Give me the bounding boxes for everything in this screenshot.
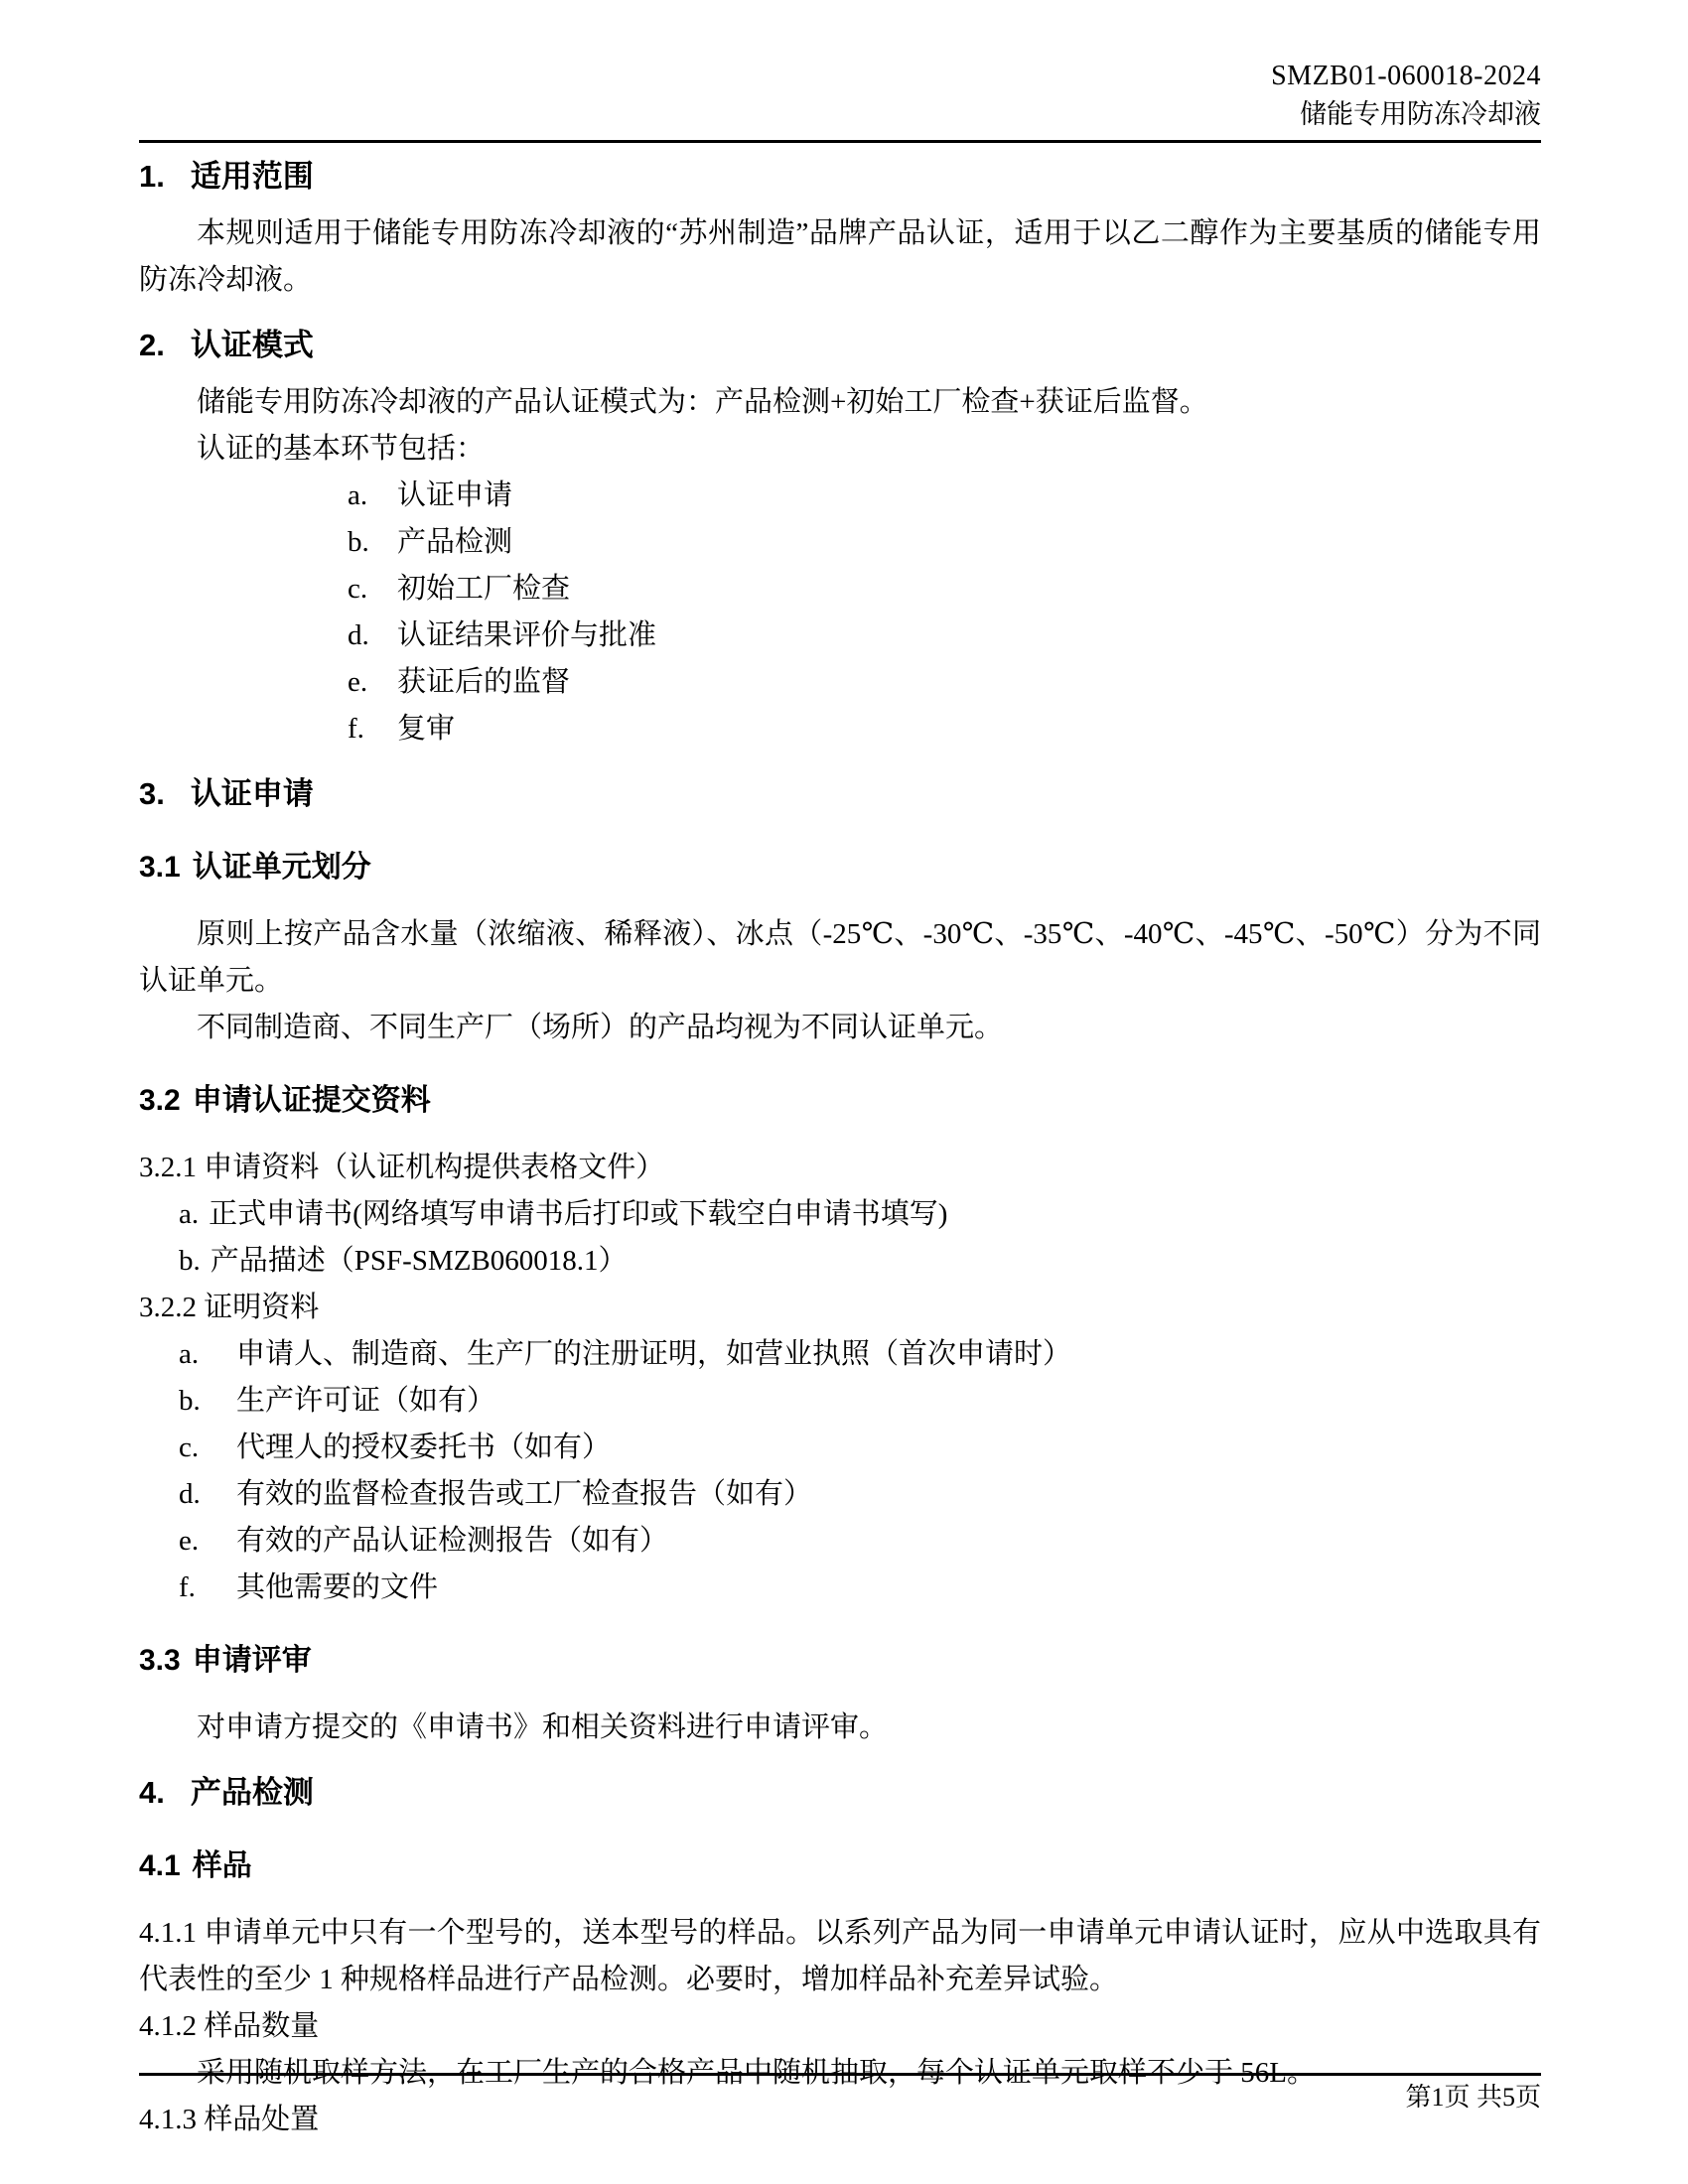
list-letter: c.: [348, 566, 397, 613]
list-letter: b.: [179, 1245, 201, 1277]
section-4-1-heading: 4.1样品: [139, 1843, 1541, 1890]
list-text: 生产许可证（如有）: [236, 1385, 495, 1417]
page-footer: 第1页 共5页: [139, 2073, 1541, 2116]
list-letter: c.: [179, 1425, 236, 1471]
section-3-1-number: 3.1: [139, 851, 181, 884]
section-3-3-title: 申请评审: [193, 1644, 312, 1677]
section-2-paragraph-1: 储能专用防冻冷却液的产品认证模式为：产品检测+初始工厂检查+获证后监督。: [139, 379, 1541, 426]
section-4-title: 产品检测: [191, 1775, 314, 1810]
list-letter: e.: [179, 1518, 236, 1565]
certification-steps-list: a.认证申请 b.产品检测 c.初始工厂检查 d.认证结果评价与批准 e.获证后…: [348, 473, 1541, 752]
page-header: SMZB01-060018-2024 储能专用防冻冷却液: [139, 58, 1541, 143]
list-letter: b.: [348, 519, 397, 566]
list-letter: d.: [348, 613, 397, 659]
section-4-heading: 4.产品检测: [139, 1769, 1541, 1817]
section-1-heading: 1.适用范围: [139, 153, 1541, 201]
list-item: b.产品检测: [348, 519, 1541, 566]
section-3-number: 3.: [139, 776, 165, 811]
list-letter: a.: [179, 1331, 236, 1378]
list-text: 正式申请书(网络填写申请书后打印或下载空白申请书填写): [209, 1198, 947, 1230]
list-text: 其他需要的文件: [236, 1571, 438, 1603]
section-4-1-number: 4.1: [139, 1849, 181, 1882]
list-item: a.申请人、制造商、生产厂的注册证明，如营业执照（首次申请时）: [179, 1331, 1541, 1378]
section-3-heading: 3.认证申请: [139, 770, 1541, 818]
section-3-1-title: 认证单元划分: [193, 851, 371, 884]
list-text: 有效的监督检查报告或工厂检查报告（如有）: [236, 1478, 812, 1510]
list-item: d.认证结果评价与批准: [348, 613, 1541, 659]
list-text: 认证申请: [397, 479, 512, 511]
section-4-number: 4.: [139, 1775, 165, 1810]
list-text: 产品检测: [397, 526, 512, 558]
section-3-2-number: 3.2: [139, 1084, 181, 1117]
list-text: 获证后的监督: [397, 666, 570, 698]
section-3-2-1-heading: 3.2.1 申请资料（认证机构提供表格文件）: [139, 1145, 1541, 1191]
list-item: c.初始工厂检查: [348, 566, 1541, 613]
list-text: 有效的产品认证检测报告（如有）: [236, 1525, 668, 1557]
list-item: a.正式申请书(网络填写申请书后打印或下载空白申请书填写): [179, 1191, 1541, 1238]
list-letter: d.: [179, 1471, 236, 1518]
section-3-2-heading: 3.2申请认证提交资料: [139, 1077, 1541, 1125]
section-4-1-title: 样品: [193, 1849, 252, 1882]
list-item: a.认证申请: [348, 473, 1541, 519]
list-letter: b.: [179, 1378, 236, 1425]
list-letter: f.: [179, 1565, 236, 1611]
document-body: 1.适用范围 本规则适用于储能专用防冻冷却液的“苏州制造”品牌产品认证，适用于以…: [139, 149, 1541, 2143]
section-2-heading: 2.认证模式: [139, 322, 1541, 369]
list-item: c.代理人的授权委托书（如有）: [179, 1425, 1541, 1471]
list-item: b.产品描述（PSF-SMZB060018.1）: [179, 1238, 1541, 1285]
list-text: 申请人、制造商、生产厂的注册证明，如营业执照（首次申请时）: [236, 1338, 1071, 1370]
proof-documents-list: a.申请人、制造商、生产厂的注册证明，如营业执照（首次申请时） b.生产许可证（…: [179, 1331, 1541, 1611]
section-1-number: 1.: [139, 159, 165, 194]
list-letter: a.: [179, 1198, 199, 1230]
list-item: e.获证后的监督: [348, 659, 1541, 706]
application-documents-list: a.正式申请书(网络填写申请书后打印或下载空白申请书填写) b.产品描述（PSF…: [179, 1191, 1541, 1285]
list-text: 代理人的授权委托书（如有）: [236, 1432, 611, 1463]
list-letter: a.: [348, 473, 397, 519]
section-3-1-heading: 3.1认证单元划分: [139, 844, 1541, 891]
section-3-3-heading: 3.3申请评审: [139, 1637, 1541, 1685]
list-item: d.有效的监督检查报告或工厂检查报告（如有）: [179, 1471, 1541, 1518]
section-3-1-paragraph-2: 不同制造商、不同生产厂（场所）的产品均视为不同认证单元。: [139, 1005, 1541, 1051]
section-3-2-title: 申请认证提交资料: [193, 1084, 431, 1117]
section-4-1-2-heading: 4.1.2 样品数量: [139, 2003, 1541, 2050]
section-2-number: 2.: [139, 328, 165, 362]
list-item: f.复审: [348, 706, 1541, 752]
list-text: 认证结果评价与批准: [397, 619, 656, 651]
section-4-1-1-paragraph: 4.1.1 申请单元中只有一个型号的，送本型号的样品。以系列产品为同一申请单元申…: [139, 1910, 1541, 2003]
section-1-paragraph: 本规则适用于储能专用防冻冷却液的“苏州制造”品牌产品认证，适用于以乙二醇作为主要…: [139, 210, 1541, 304]
page-number: 第1页 共5页: [1405, 2083, 1541, 2112]
list-letter: e.: [348, 659, 397, 706]
section-3-1-paragraph-1: 原则上按产品含水量（浓缩液、稀释液）、冰点（-25℃、-30℃、-35℃、-40…: [139, 911, 1541, 1005]
section-3-3-number: 3.3: [139, 1644, 181, 1677]
list-item: f.其他需要的文件: [179, 1565, 1541, 1611]
section-2-title: 认证模式: [191, 328, 314, 362]
list-text: 初始工厂检查: [397, 573, 570, 605]
section-3-3-paragraph: 对申请方提交的《申请书》和相关资料进行申请评审。: [139, 1705, 1541, 1751]
document-page: SMZB01-060018-2024 储能专用防冻冷却液 1.适用范围 本规则适…: [0, 0, 1688, 2184]
section-2-paragraph-2: 认证的基本环节包括：: [139, 426, 1541, 473]
section-1-title: 适用范围: [191, 159, 314, 194]
section-3-2-2-heading: 3.2.2 证明资料: [139, 1285, 1541, 1331]
list-item: b.生产许可证（如有）: [179, 1378, 1541, 1425]
list-text: 复审: [397, 713, 455, 745]
list-letter: f.: [348, 706, 397, 752]
list-text: 产品描述（PSF-SMZB060018.1）: [211, 1245, 628, 1277]
document-product-name: 储能专用防冻冷却液: [139, 95, 1541, 133]
section-3-title: 认证申请: [191, 776, 314, 811]
list-item: e.有效的产品认证检测报告（如有）: [179, 1518, 1541, 1565]
document-code: SMZB01-060018-2024: [139, 58, 1541, 95]
